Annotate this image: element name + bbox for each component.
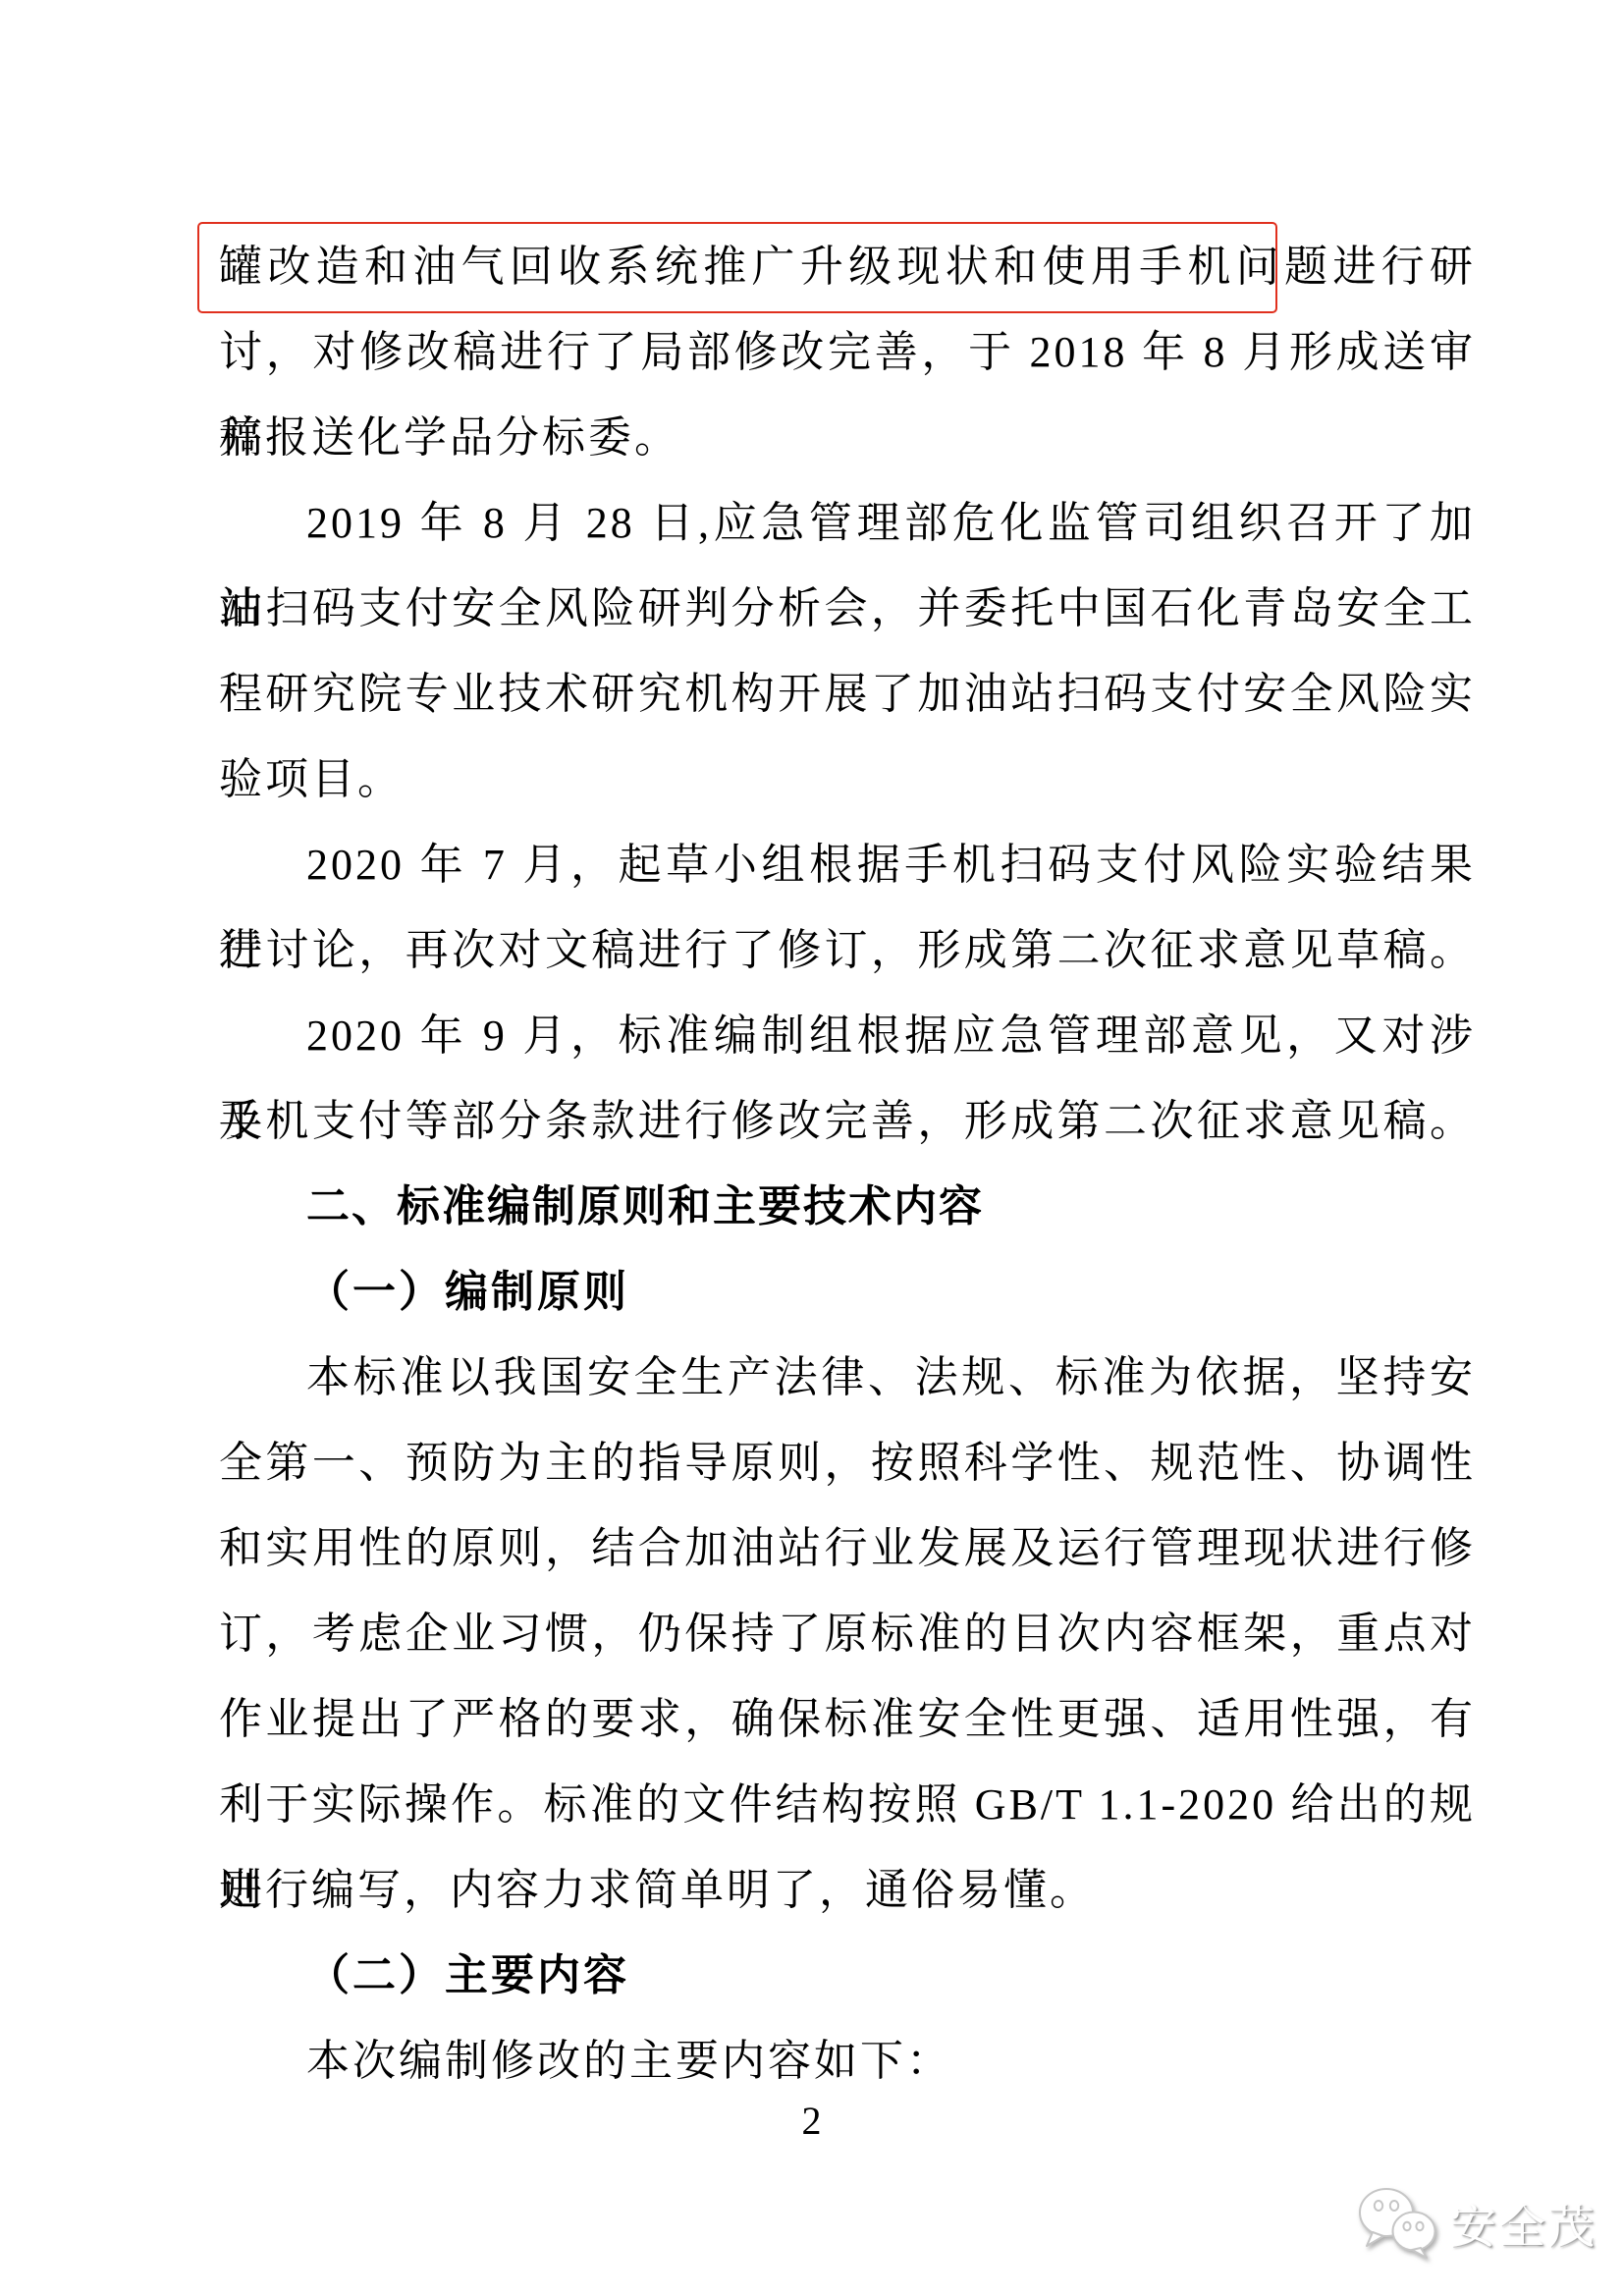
document-line: 行讨论，再次对文稿进行了修订，形成第二次征求意见草稿。 [219,907,1476,993]
document-line: 2020 年 7 月，起草小组根据手机扫码支付风险实验结果进 [219,822,1476,907]
document-line: 进行编写，内容力求简单明了，通俗易懂。 [219,1847,1476,1933]
document-body: 罐改造和油气回收系统推广升级现状和使用手机问题进行研 讨，对修改稿进行了局部修改… [219,224,1476,2104]
document-line: 讨，对修改稿进行了局部修改完善，于 2018 年 8 月形成送审稿 [219,309,1476,395]
document-line: 2019 年 8 月 28 日,应急管理部危化监管司组织召开了加油 [219,480,1476,566]
document-line: 订，考虑企业习惯，仍保持了原标准的目次内容框架，重点对 [219,1591,1476,1676]
document-line: 站扫码支付安全风险研判分析会，并委托中国石化青岛安全工 [219,566,1476,651]
document-line: 程研究院专业技术研究机构开展了加油站扫码支付安全风险实 [219,651,1476,737]
document-line: 2020 年 9 月，标准编制组根据应急管理部意见，又对涉及 [219,993,1476,1078]
document-line: 作业提出了严格的要求，确保标准安全性更强、适用性强，有 [219,1676,1476,1762]
page-number: 2 [0,2100,1623,2143]
document-line: 并报送化学品分标委。 [219,395,1476,480]
document-line: 和实用性的原则，结合加油站行业发展及运行管理现状进行修 [219,1505,1476,1591]
document-page: 罐改造和油气回收系统推广升级现状和使用手机问题进行研 讨，对修改稿进行了局部修改… [0,0,1623,2296]
document-line: 本标准以我国安全生产法律、法规、标准为依据，坚持安 [219,1335,1476,1420]
document-line: 手机支付等部分条款进行修改完善，形成第二次征求意见稿。 [219,1078,1476,1164]
subsection-heading: （一）编制原则 [219,1249,1476,1335]
wechat-chat-bubbles-icon [1356,2187,1440,2260]
document-line: 利于实际操作。标准的文件结构按照 GB/T 1.1-2020 给出的规则 [219,1762,1476,1847]
document-line: 罐改造和油气回收系统推广升级现状和使用手机问题进行研 [219,224,1476,309]
watermark: 安全茂 [1356,2186,1597,2261]
document-line: 验项目。 [219,737,1476,822]
subsection-heading: （二）主要内容 [219,1933,1476,2018]
section-heading: 二、标准编制原则和主要技术内容 [219,1164,1476,1249]
document-line: 本次编制修改的主要内容如下： [219,2018,1476,2104]
watermark-brand-text: 安全茂 [1450,2191,1597,2257]
document-line: 全第一、预防为主的指导原则，按照科学性、规范性、协调性 [219,1420,1476,1505]
